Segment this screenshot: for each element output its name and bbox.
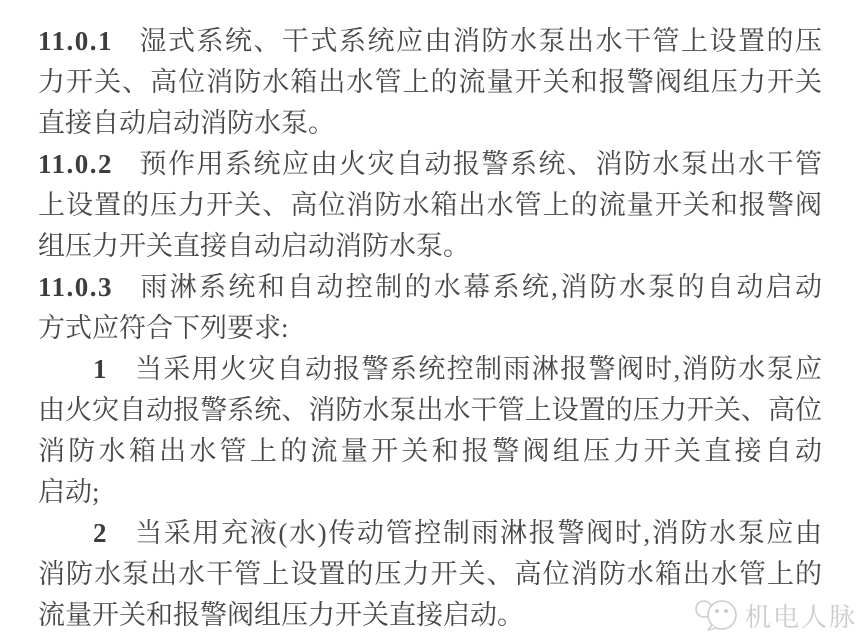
- text-line: 消防水箱出水管上的流量开关和报警阀组压力开关直接自动: [38, 431, 822, 472]
- text-line: 由火灾自动报警系统、消防水泵出水干管上设置的压力开关、高位: [38, 390, 822, 431]
- item-number: 1: [93, 354, 107, 384]
- clause-paragraph-11-0-2: 11.0.2预作用系统应由火灾自动报警系统、消防水泵出水干管 上设置的压力开关、…: [38, 144, 822, 267]
- text-line-content: 预作用系统应由火灾自动报警系统、消防水泵出水干管: [138, 149, 822, 179]
- clause-number: 11.0.2: [38, 149, 113, 179]
- clause-number: 11.0.3: [38, 272, 113, 302]
- clause-paragraph-11-0-3: 11.0.3雨淋系统和自动控制的水幕系统,消防水泵的自动启动 方式应符合下列要求…: [38, 267, 822, 349]
- text-line: 2当采用充液(水)传动管控制雨淋报警阀时,消防水泵应由: [38, 513, 822, 554]
- list-item-1: 1当采用火灾自动报警系统控制雨淋报警阀时,消防水泵应 由火灾自动报警系统、消防水…: [38, 349, 822, 513]
- clause-number: 11.0.1: [38, 26, 113, 56]
- text-line: 力开关、高位消防水箱出水管上的流量开关和报警阀组压力开关: [38, 62, 822, 103]
- clause-paragraph-11-0-1: 11.0.1湿式系统、干式系统应由消防水泵出水干管上设置的压 力开关、高位消防水…: [38, 21, 822, 144]
- document-page: 11.0.1湿式系统、干式系统应由消防水泵出水干管上设置的压 力开关、高位消防水…: [0, 0, 859, 642]
- text-line: 11.0.2预作用系统应由火灾自动报警系统、消防水泵出水干管: [38, 144, 822, 185]
- list-item-2: 2当采用充液(水)传动管控制雨淋报警阀时,消防水泵应由 消防水泵出水干管上设置的…: [38, 513, 822, 636]
- text-line-content: 湿式系统、干式系统应由消防水泵出水干管上设置的压: [138, 26, 822, 56]
- text-line-content: 当采用充液(水)传动管控制雨淋报警阀时,消防水泵应由: [134, 518, 823, 548]
- text-line: 消防水泵出水干管上设置的压力开关、高位消防水箱出水管上的: [38, 554, 822, 595]
- text-line: 流量开关和报警阀组压力开关直接启动。: [38, 595, 822, 636]
- text-line-content: 当采用火灾自动报警系统控制雨淋报警阀时,消防水泵应: [134, 354, 823, 384]
- text-line: 11.0.3雨淋系统和自动控制的水幕系统,消防水泵的自动启动: [38, 267, 822, 308]
- text-line: 1当采用火灾自动报警系统控制雨淋报警阀时,消防水泵应: [38, 349, 822, 390]
- text-line: 组压力开关直接自动启动消防水泵。: [38, 226, 822, 267]
- text-line-content: 雨淋系统和自动控制的水幕系统,消防水泵的自动启动: [138, 272, 822, 302]
- text-line: 直接自动启动消防水泵。: [38, 103, 822, 144]
- text-line: 启动;: [38, 472, 822, 513]
- text-line: 11.0.1湿式系统、干式系统应由消防水泵出水干管上设置的压: [38, 21, 822, 62]
- text-line: 上设置的压力开关、高位消防水箱出水管上的流量开关和报警阀: [38, 185, 822, 226]
- item-number: 2: [93, 518, 107, 548]
- text-line: 方式应符合下列要求:: [38, 308, 822, 349]
